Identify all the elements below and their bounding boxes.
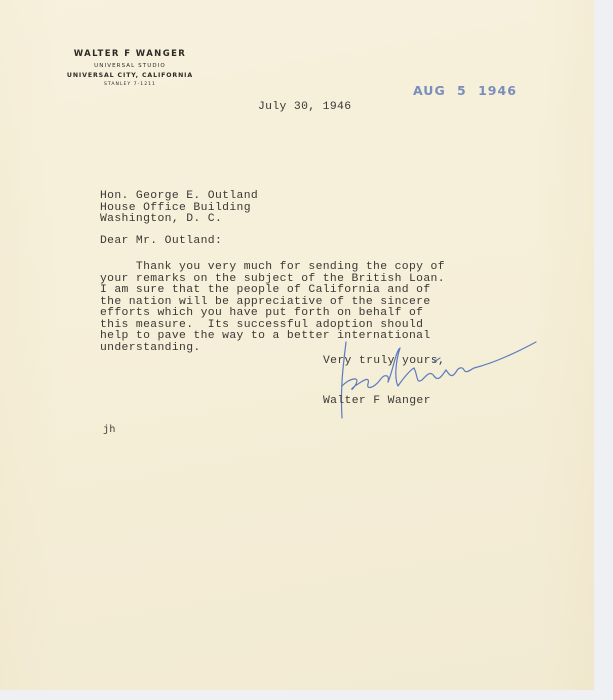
letterhead-city: UNIVERSAL CITY, CALIFORNIA (50, 73, 210, 79)
letterhead: WALTER F WANGER UNIVERSAL STUDIO UNIVERS… (50, 50, 210, 88)
letter-date: July 30, 1946 (258, 102, 351, 114)
salutation: Dear Mr. Outland: (100, 236, 222, 248)
signature-icon (330, 340, 540, 420)
letterhead-name: WALTER F WANGER (50, 50, 210, 59)
body-line: efforts which you have put forth on beha… (100, 308, 445, 320)
recipient-address: Hon. George E. OutlandHouse Office Build… (100, 191, 258, 226)
letterhead-studio: UNIVERSAL STUDIO (50, 64, 210, 70)
signer-name: Walter F Wanger (323, 396, 431, 408)
address-line: Hon. George E. Outland (100, 191, 258, 203)
address-line: Washington, D. C. (100, 214, 258, 226)
body-line: I am sure that the people of California … (100, 285, 445, 297)
letter-page: WALTER F WANGER UNIVERSAL STUDIO UNIVERS… (0, 0, 594, 690)
body-line: Thank you very much for sending the copy… (100, 262, 445, 274)
typist-initials: jh (103, 425, 116, 437)
letterhead-phone: STANLEY 7-1211 (50, 83, 210, 88)
received-date-stamp: AUG 5 1946 (413, 83, 517, 98)
